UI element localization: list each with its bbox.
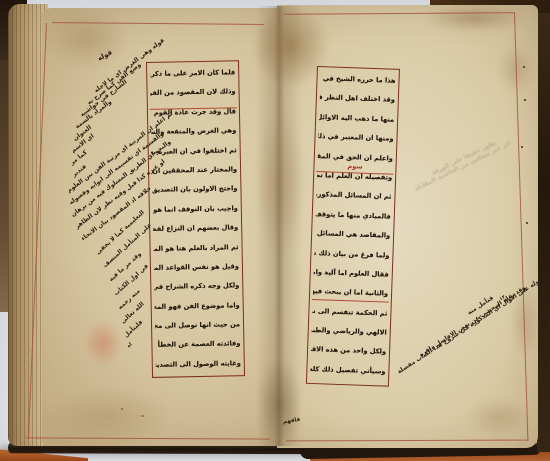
right-text-line-14: الالهي والرياضي والطبيعي والعملية الى ته… — [311, 321, 387, 343]
left-text-line-9: وقال بعضهم ان النزاع لفظي اذ لا مشاحة في… — [153, 218, 238, 239]
right-text-line-7: ثم ان المسائل المذكورة تنقسم الى ما هو م… — [316, 185, 392, 207]
right-text-line-1: هذا ما حرره الشيخ في معرفة الاحوال وما ي… — [320, 69, 396, 91]
left-text-block: فلما كان الامر على ما ذكرنا وجب تقديم ما… — [146, 60, 245, 378]
stain-top-left — [44, 8, 128, 70]
left-text-line-2: وذلك لان المقصود من الفن تحصيل الملكة عل… — [150, 83, 235, 104]
right-text-line-3: منها ما ذهب اليه الاوائل من ان المدار عل… — [319, 108, 395, 130]
right-text-line-16: وسيأتي تفصيل ذلك كله في مواضعه ان شاء ال… — [310, 360, 386, 382]
stain-bottom-right — [466, 398, 530, 436]
left-text-line-12: ولكل وجه ذكره الشراح في مواضعه فليرجع ال… — [154, 277, 239, 298]
left-text-line-15: وفائدته العصمة عن الخطأ في الفكر عند مرا… — [155, 335, 240, 356]
left-text-line-1: فلما كان الامر على ما ذكرنا وجب تقديم ما… — [150, 63, 235, 84]
front-cover-right-edge — [537, 0, 550, 452]
right-text-block: سوم هذا ما حرره الشيخ في معرفة الاحوال و… — [306, 66, 400, 387]
left-text-line-16: وغايته الوصول الى التصديقات اليقينية في … — [156, 354, 241, 375]
wormhole-dot — [524, 99, 526, 101]
wormhole-dot — [521, 146, 523, 148]
right-text-line-8: فالمبادي منها ما يتوقف عليه الشروع ومنها… — [315, 205, 391, 227]
right-text-line-4: ومنها ان المعتبر في ذلك حصول التصديق بال… — [318, 127, 394, 149]
red-ink-stain — [84, 320, 122, 366]
stain-top-right — [424, 4, 524, 32]
left-text-line-14: من حيث انها توصل الى مجهول او يتوقف عليه… — [155, 315, 240, 336]
right-text-line-15: ولكل واحد من هذه الاقسام فروع كثيرة ذكره… — [311, 340, 387, 362]
left-text-line-8: واجيب بان التوقف انما هو في التصديق الكس… — [153, 199, 238, 220]
left-text-line-4: وهي الغرض والمنفعة والسمة والمؤلف والمرت… — [151, 121, 236, 142]
left-text-line-7: واحتج الاولون بان التصديق لا يحصل الا بع… — [152, 180, 237, 201]
wormhole-dot — [523, 66, 525, 68]
red-speck — [121, 408, 123, 410]
wormhole-dot — [526, 222, 528, 224]
red-speck — [141, 415, 144, 417]
stain-gutter-bottom — [257, 358, 301, 450]
right-text-line-9: والمقاصد هي المسائل المطلوبة في الفن الم… — [315, 224, 391, 246]
left-text-line-10: ثم المراد بالعلم هنا هو الملكة الحاصلة م… — [153, 238, 238, 259]
right-text-line-10: ولما فرغ من بيان ذلك شرع في تقسيم العلوم… — [314, 244, 390, 266]
stain-gutter-mid — [254, 110, 306, 260]
manuscript-photo: فلما كان الامر على ما ذكرنا وجب تقديم ما… — [0, 0, 550, 461]
left-text-line-13: واما موضوع الفن فهو المعلومات التصورية و… — [155, 296, 240, 317]
right-text-line-2: وقد اختلف اهل النظر في تحقيق المقام وبيا… — [320, 89, 396, 111]
stain-bottom-left — [44, 388, 172, 444]
right-text-line-11: فقال العلوم اما آلية واما غير آلية والاو… — [313, 263, 389, 285]
left-text-line-11: وقيل هو نفس القواعد المخصوصة وقيل هو الا… — [154, 257, 239, 278]
right-text-line-13: ثم الحكمة تنقسم الى نظرية وعملية والنظري… — [312, 302, 388, 324]
